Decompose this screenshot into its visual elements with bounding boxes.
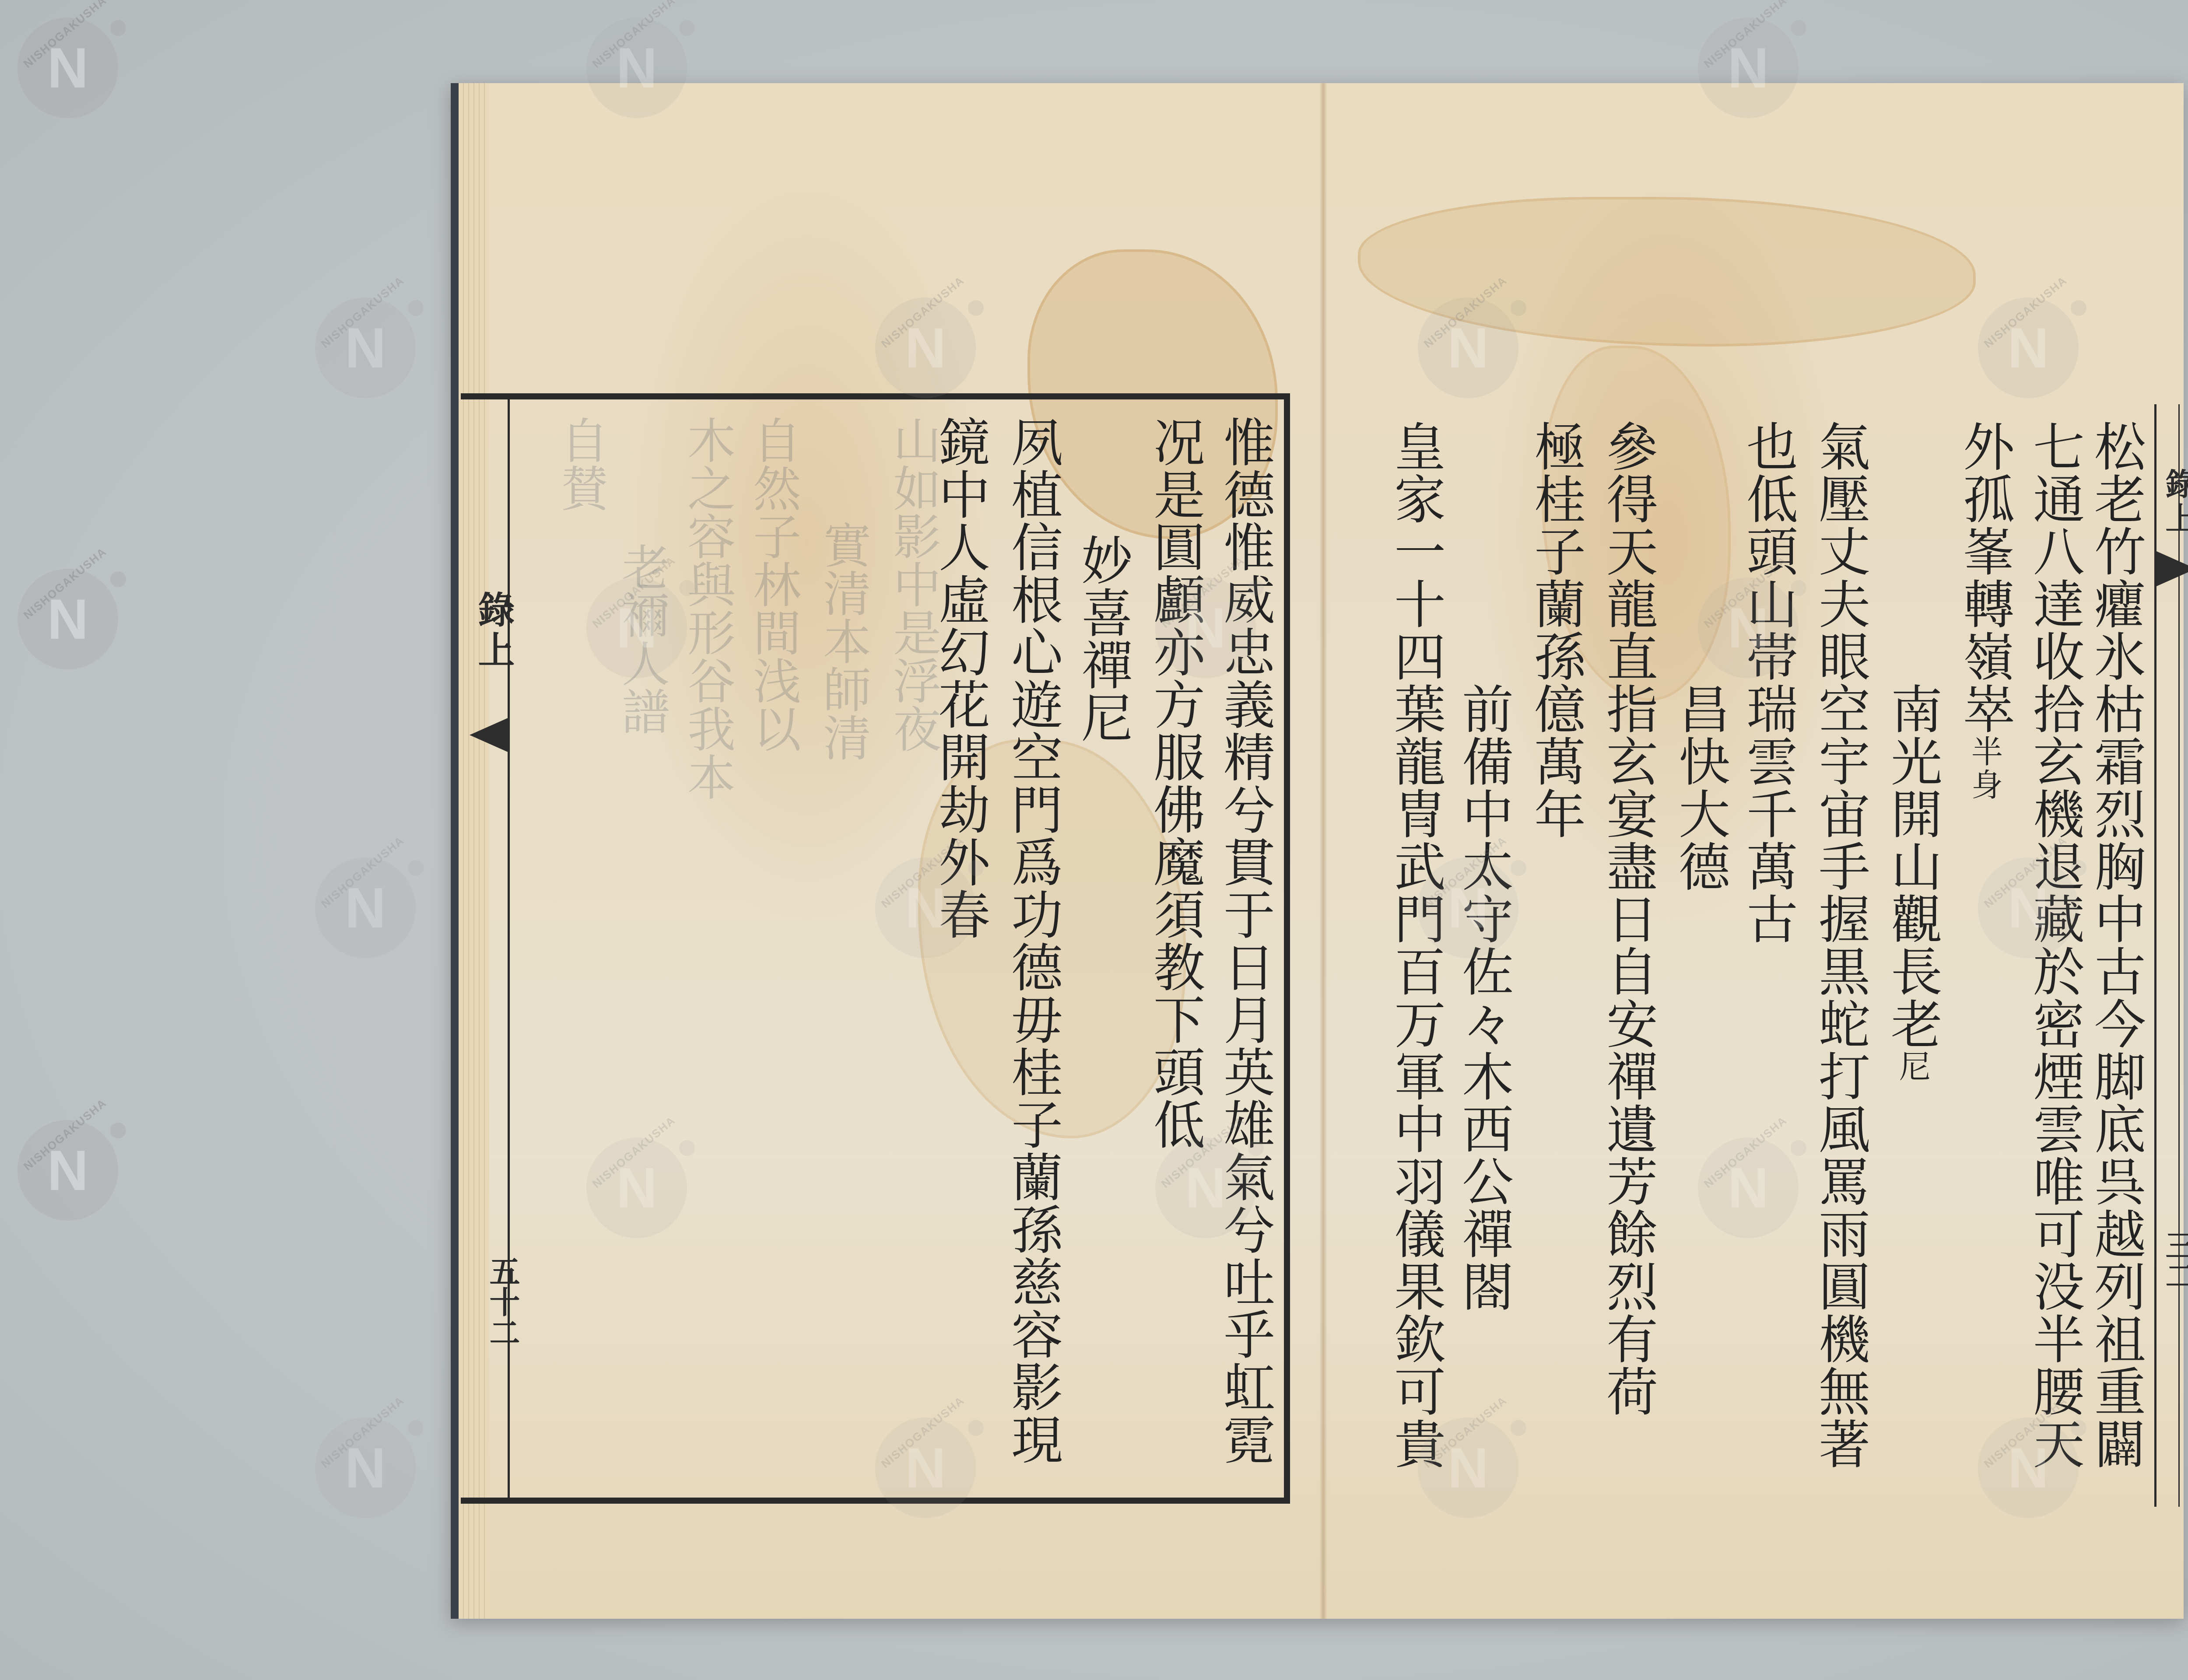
bleed-through-text: 自賛 bbox=[546, 416, 615, 512]
book-gutter bbox=[1319, 83, 1327, 1619]
text-column: 參得天龍直指玄宴盡日自安禪遺芳餘烈有荷 bbox=[1595, 420, 1661, 1417]
fore-edge-label: 錄上 bbox=[467, 591, 520, 671]
text-column: 氣壓丈夫眼空宇宙手握黒蛇打風罵雨圓機無著 bbox=[1807, 420, 1873, 1470]
text-column: 昌快大德 bbox=[1667, 682, 1733, 892]
text-column: 夙植信根心遊空門爲功德毋桂子蘭孫慈容影現 bbox=[1000, 416, 1066, 1466]
page-number: 五十二 bbox=[480, 1256, 525, 1347]
bleed-through-text: 老禰人譜 bbox=[607, 542, 677, 735]
text-column: 前備中太守佐々木西公禪閤 bbox=[1451, 682, 1516, 1312]
bleed-through-text: 木之容與形谷我本 bbox=[673, 416, 742, 801]
open-book: 錄上 五十二 自賛 老禰人譜 木之容與形谷我本 自然子林間浅以 實清本師清 山如… bbox=[451, 83, 2184, 1619]
bleed-through-text: 自然子林間浅以 bbox=[739, 416, 808, 752]
bleed-through-text: 實清本師清 bbox=[809, 521, 878, 761]
column-annotation: 尼 bbox=[1894, 1050, 1931, 1083]
text-column: 南光開山觀長老尼 bbox=[1879, 682, 1945, 1083]
column-main-text: 南光開山觀長老 bbox=[1882, 682, 1943, 1050]
fishtail-mark bbox=[470, 717, 509, 752]
text-column: 妙喜禪尼 bbox=[1070, 534, 1136, 744]
text-column: 惟德惟威忠義精兮貫于日月英雄氣兮吐乎虹霓 bbox=[1212, 416, 1278, 1466]
text-column: 况是圓顱亦方服佛魔須教下頭低 bbox=[1142, 416, 1208, 1151]
fore-edge-label: 錄上 bbox=[2156, 468, 2188, 536]
text-column: 七通八達收拾玄機退藏於密煙雲唯可没半腰天 bbox=[2022, 420, 2087, 1470]
text-column: 外孤峯轉嶺崒半身 bbox=[1952, 420, 2017, 801]
column-main-text: 外孤峯轉嶺崒 bbox=[1954, 420, 2015, 735]
right-page: 錄上 三二 松老竹癯氷枯霜烈胸中古今脚底呉越列祖重闢 七通八達收拾玄機退藏於密煙… bbox=[1323, 83, 2184, 1619]
left-page: 錄上 五十二 自賛 老禰人譜 木之容與形谷我本 自然子林間浅以 實清本師清 山如… bbox=[451, 83, 1331, 1619]
water-stain bbox=[1358, 197, 1976, 346]
text-column: 極桂子蘭孫億萬年 bbox=[1523, 420, 1588, 840]
text-column: 皇家一十四葉龍冑武門百万軍中羽儀果欽可貴 bbox=[1383, 420, 1448, 1470]
text-column: 松老竹癯氷枯霜烈胸中古今脚底呉越列祖重闢 bbox=[2083, 420, 2149, 1470]
fishtail-mark bbox=[2156, 551, 2188, 586]
column-annotation: 半身 bbox=[1966, 735, 2003, 801]
text-column: 也低頭山帯瑞雲千萬古 bbox=[1735, 420, 1801, 945]
text-column: 鏡中人虛幻花開劫外春 bbox=[927, 416, 993, 941]
page-number: 三二 bbox=[2156, 1229, 2188, 1291]
